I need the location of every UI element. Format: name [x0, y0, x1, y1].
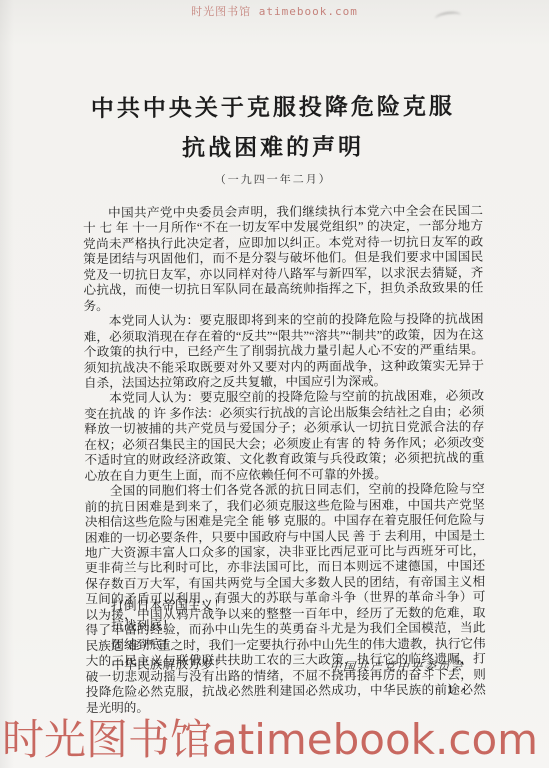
scanned-page: 时光图书馆 atimebook.com 中共中央关于克服投降危险克服 抗战困难的… [0, 0, 549, 768]
watermark-bottom: 时光图书馆atimebook.com [2, 707, 549, 767]
slogan-line: 打倒日本帝国主义！ [85, 595, 485, 617]
document-title-line2: 抗战困难的声明 [0, 126, 548, 169]
document-date: （一九四一年二月） [0, 169, 548, 188]
paragraph: 本党同人认为：要克服空前的投降危险与空前的抗战困难，必须改变在抗战 的 许 多作… [84, 389, 485, 484]
slogan-line: 抗战到底！ [85, 614, 485, 636]
page-content: 中共中央关于克服投降危险克服 抗战困难的声明 （一九四一年二月） 中国共产党中央… [0, 0, 549, 768]
paragraph: 本党同人认为：要克服即将到来的空前的投降危险与投降的抗战困难，必须取消现在存在着… [84, 312, 484, 392]
slogan-line: 团结到底！ [86, 634, 486, 656]
paragraph: 中国共产党中央委员会声明，我们继续执行本党六中全会在民国二十 七 年 十一月所作… [83, 204, 484, 315]
page-number: · 1 · [435, 684, 469, 696]
document-title-line1: 中共中央关于克服投降危险克服 [0, 86, 547, 129]
signature: 中国共产党中央委员会 [329, 658, 466, 675]
document-title: 中共中央关于克服投降危险克服 抗战困难的声明 [0, 86, 548, 169]
